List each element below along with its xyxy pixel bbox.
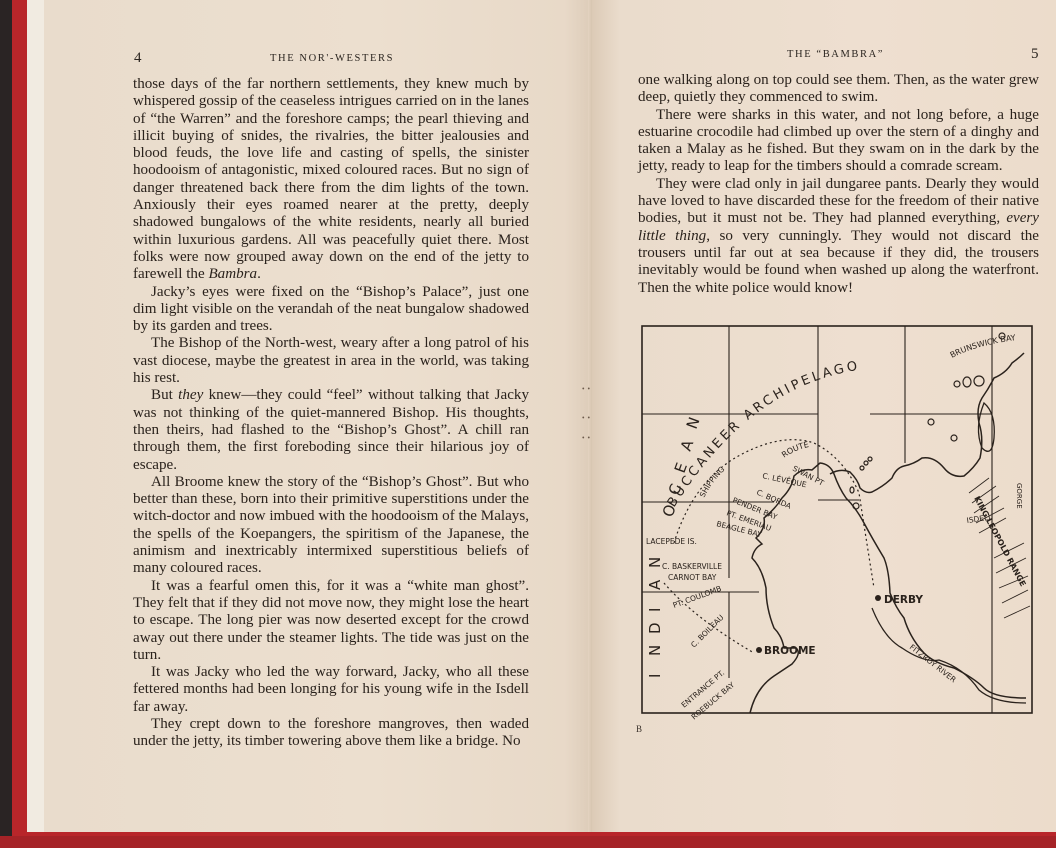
paragraph: one walking along on top could see them.…: [638, 72, 1039, 107]
svg-text:BRUNSWICK BAY: BRUNSWICK BAY: [949, 333, 1017, 360]
paragraph: It was a fearful omen this, for it was a…: [133, 578, 529, 664]
paragraph: All Broome knew the story of the “Bishop…: [133, 474, 529, 578]
islands: [850, 333, 1005, 509]
svg-text:E: E: [671, 459, 692, 475]
svg-text:CARNOT BAY: CARNOT BAY: [668, 573, 717, 582]
svg-text:N: N: [683, 414, 704, 432]
binding-stitch: • •: [581, 437, 591, 441]
paragraph: It was Jacky who led the way forward, Ja…: [133, 664, 529, 716]
svg-text:N: N: [646, 556, 664, 568]
svg-text:DERBY: DERBY: [884, 594, 923, 606]
running-head-right: THE “BAMBRA”: [787, 49, 884, 60]
page-number-left: 4: [134, 50, 142, 67]
archipelago-label: BUCCANEER ARCHIPELAGO: [665, 359, 862, 510]
svg-text:A: A: [677, 437, 698, 454]
paragraph: There were sharks in this water, and not…: [638, 107, 1039, 176]
paragraph: The Bishop of the North-west, weary afte…: [133, 335, 529, 387]
running-head-left: THE NOR'-WESTERS: [270, 53, 394, 64]
svg-text:KING LEOPOLD RANGE: KING LEOPOLD RANGE: [972, 495, 1027, 588]
book-spine-edge: [0, 0, 12, 848]
fitzroy-river: [872, 608, 1026, 703]
svg-text:I: I: [646, 673, 664, 678]
left-page-body: those days of the far northern settlemen…: [133, 76, 529, 751]
svg-text:GORGE: GORGE: [1015, 483, 1023, 509]
svg-text:A: A: [646, 579, 664, 590]
svg-text:PT. COULOMB: PT. COULOMB: [672, 584, 723, 610]
svg-text:LACEPEDE IS.: LACEPEDE IS.: [646, 537, 697, 546]
binding-stitch: • •: [581, 388, 591, 392]
paragraph: But they knew—they could “feel” without …: [133, 387, 529, 473]
page-number-right: 5: [1031, 46, 1039, 63]
svg-text:FITZROY RIVER: FITZROY RIVER: [908, 642, 958, 684]
binding-stitch: • •: [581, 417, 591, 421]
right-page-body: one walking along on top could see them.…: [638, 72, 1039, 297]
coastline: [750, 463, 1026, 713]
svg-text:BROOME: BROOME: [764, 645, 816, 657]
svg-text:ROUTE: ROUTE: [780, 440, 810, 460]
svg-text:C. BASKERVILLE: C. BASKERVILLE: [662, 562, 722, 571]
svg-text:C. BOILEAU: C. BOILEAU: [689, 613, 726, 650]
king-sound-coast: [830, 353, 1024, 493]
derby-marker: [875, 595, 881, 601]
svg-text:I: I: [646, 607, 664, 612]
paragraph: They crept down to the foreshore mangrov…: [133, 716, 529, 751]
broome-marker: [756, 647, 762, 653]
paragraph: those days of the far northern settlemen…: [133, 76, 529, 284]
paragraph: Jacky’s eyes were fixed on the “Bishop’s…: [133, 284, 529, 336]
book-cover-bottom: [0, 836, 1056, 848]
signature-mark: B: [636, 724, 642, 734]
svg-text:D: D: [646, 621, 664, 634]
svg-text:ROEBUCK BAY: ROEBUCK BAY: [690, 680, 737, 721]
svg-text:N: N: [646, 644, 664, 656]
paragraph: They were clad only in jail dungaree pan…: [638, 176, 1039, 297]
kimberley-map: BUCCANEER ARCHIPELAGO BRUNSWICK BAY ROUT…: [634, 318, 1038, 728]
